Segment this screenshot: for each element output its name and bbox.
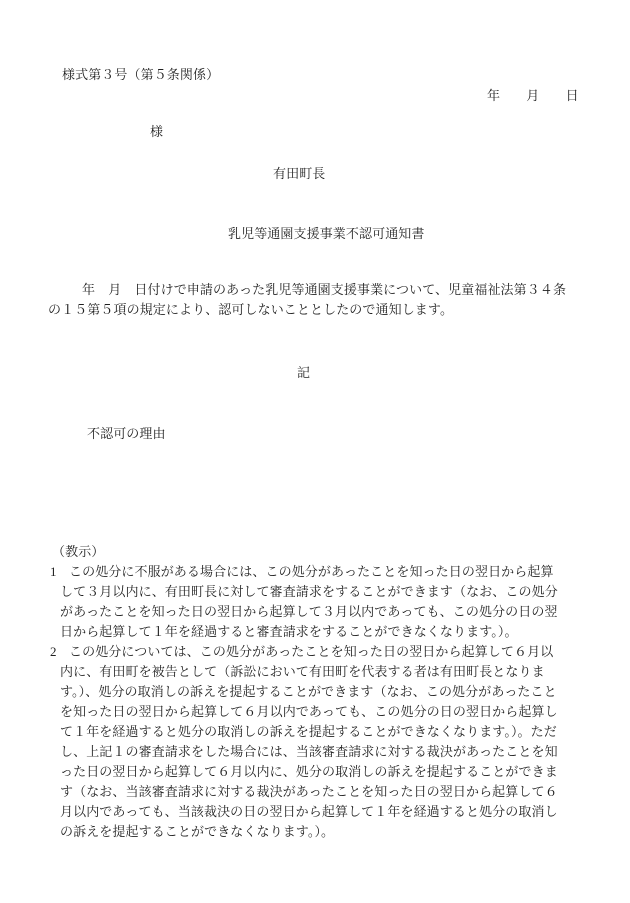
reason-label: 不認可の理由 [87, 425, 166, 442]
teaching-item-2-number: 2 [50, 643, 57, 660]
form-number: 様式第３号（第５条関係） [62, 66, 219, 83]
body-paragraph-line-2: の１５第５項の規定により、認可しないこととしたので通知します。 [48, 301, 453, 318]
teaching-item-2-line: て１年を経過すると処分の取消しの訴えを提起することができなくなります。）。ただ [60, 723, 557, 740]
teaching-item-2-line: の訴えを提起することができなくなります。）。 [60, 823, 334, 840]
teaching-item-2-line: 内に、有田町を被告として（訴訟において有田町を代表する者は有田町長となりま [60, 663, 545, 680]
date-line: 年 月 日 [487, 87, 579, 104]
teaching-item-2-line: った日の翌日から起算して６月以内に、処分の取消しの訴えを提起することができま [60, 763, 558, 780]
teaching-item-2-line: この処分については、この処分があったことを知った日の翌日から起算して６月以 [69, 643, 553, 660]
teaching-item-1-line: 日から起算して１年を経過すると審査請求をすることができなくなります。）。 [60, 623, 518, 640]
teaching-section-label: （教示） [52, 543, 104, 560]
teaching-item-2-line: す（なお、当該審査請求に対する裁決があったことを知った日の翌日から起算して６ [60, 783, 558, 800]
sender-name: 有田町長 [273, 165, 325, 182]
document-title: 乳児等通園支援事業不認可通知書 [228, 225, 425, 242]
ki-heading: 記 [297, 364, 310, 381]
teaching-item-1-line: この処分に不服がある場合には、この処分があったことを知った日の翌日から起算 [69, 563, 554, 580]
teaching-item-1-line: があったことを知った日の翌日から起算して３月以内であっても、この処分の日の翌 [60, 603, 558, 620]
document-page: 様式第３号（第５条関係） 年 月 日 様 有田町長 乳児等通園支援事業不認可通知… [0, 0, 630, 903]
teaching-item-2-line: 月以内であっても、当該裁決の日の翌日から起算して１年を経過すると処分の取消し [60, 803, 558, 820]
teaching-item-1-line: して３月以内に、有田町長に対して審査請求をすることができます（なお、この処分 [60, 583, 558, 600]
teaching-item-2-line: を知った日の翌日から起算して６月以内であっても、この処分の日の翌日から起算し [60, 703, 558, 720]
body-paragraph-line-1: 年 月 日付けで申請のあった乳児等通園支援事業について、児童福祉法第３４条 [48, 281, 566, 298]
addressee-suffix: 様 [150, 123, 163, 140]
teaching-item-2-line: し、上記１の審査請求をした場合には、当該審査請求に対する裁決があったことを知 [60, 743, 558, 760]
teaching-item-1-number: 1 [50, 563, 57, 580]
teaching-item-2-line: す。）、処分の取消しの訴えを提起することができます（なお、この処分があったこと [60, 683, 557, 700]
